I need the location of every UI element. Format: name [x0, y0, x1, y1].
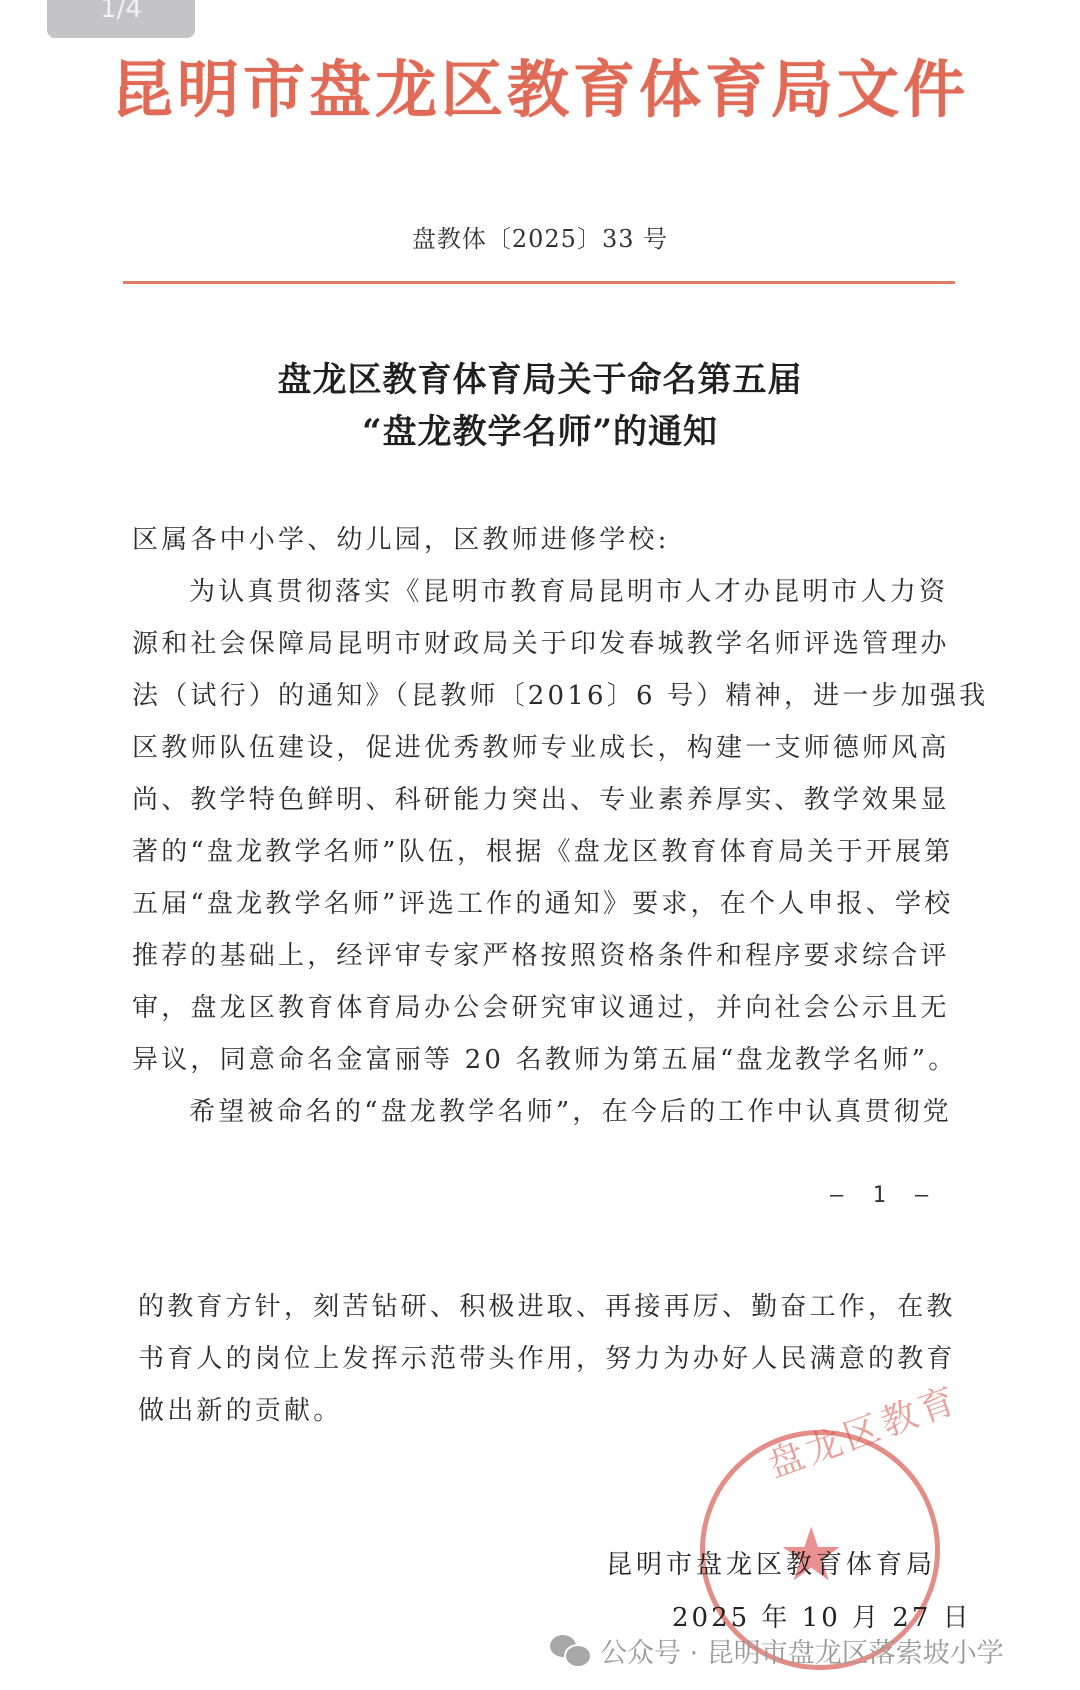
body-line: 区教师队伍建设，促进优秀教师专业成长，构建一支师德师风高	[132, 731, 952, 765]
body-line: 书育人的岗位上发挥示范带头作用，努力为办好人民满意的教育	[138, 1342, 958, 1376]
document-number: 盘教体〔2025〕33 号	[0, 219, 1080, 254]
issuer-signature: 昆明市盘龙区教育体育局	[606, 1544, 936, 1581]
body-line: 异议，同意命名金富丽等 20 名教师为第五届“盘龙教学名师”。	[132, 1043, 952, 1077]
document-red-header: 昆明市盘龙区教育体育局文件	[0, 52, 1080, 128]
wechat-watermark: 公众号 · 昆明市盘龙区落索坡小学	[550, 1630, 1004, 1670]
body-line: 法（试行）的通知》（昆教师〔2016〕6 号）精神，进一步加强我	[132, 679, 952, 713]
red-divider-line	[123, 281, 955, 284]
page-indicator-badge: 1/4	[47, 0, 195, 38]
body-line: 源和社会保障局昆明市财政局关于印发春城教学名师评选管理办	[132, 627, 952, 661]
body-line: 审，盘龙区教育体育局办公会研究审议通过，并向社会公示且无	[132, 991, 952, 1025]
body-line: 希望被命名的“盘龙教学名师”，在今后的工作中认真贯彻党	[189, 1095, 949, 1129]
watermark-text: 公众号 · 昆明市盘龙区落索坡小学	[600, 1631, 1004, 1670]
body-line: 著的“盘龙教学名师”队伍，根据《盘龙区教育体育局关于开展第	[132, 835, 952, 869]
page-number: — 1 —	[830, 1183, 970, 1208]
body-line: 尚、教学特色鲜明、科研能力突出、专业素养厚实、教学效果显	[132, 783, 952, 817]
page-indicator-text: 1/4	[100, 0, 142, 24]
document-title-line-2: “盘龙教学名师”的通知	[0, 412, 1080, 452]
issue-date: 2025 年 10 月 27 日	[672, 1597, 972, 1634]
wechat-icon	[550, 1633, 590, 1667]
salutation: 区属各中小学、幼儿园，区教师进修学校:	[132, 523, 952, 557]
body-line: 五届“盘龙教学名师”评选工作的通知》要求，在个人申报、学校	[132, 887, 952, 921]
body-line: 的教育方针，刻苦钻研、积极进取、再接再厉、勤奋工作，在教	[138, 1290, 958, 1324]
body-line: 为认真贯彻落实《昆明市教育局昆明市人才办昆明市人力资	[189, 575, 949, 609]
body-line: 推荐的基础上，经评审专家严格按照资格条件和程序要求综合评	[132, 939, 952, 973]
document-title-line-1: 盘龙区教育体育局关于命名第五届	[0, 360, 1080, 400]
